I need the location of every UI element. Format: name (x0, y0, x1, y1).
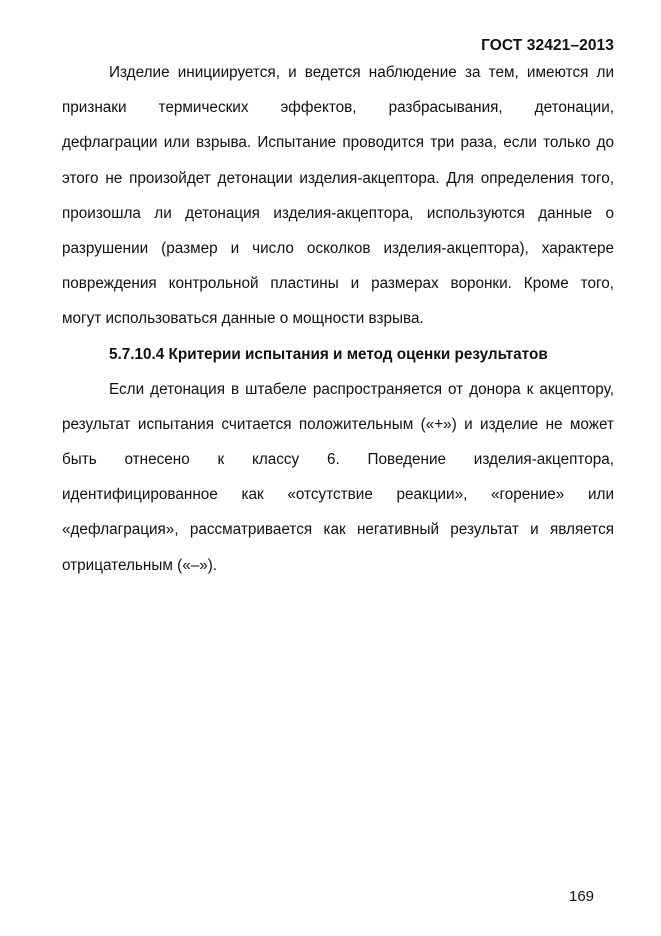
text-line: быть отнесено к классу 6. Поведение изде… (62, 447, 614, 482)
text-line: Если детонация в штабеле распространяетс… (62, 377, 614, 412)
document-body: Изделие инициируется, и ведется наблюден… (62, 60, 614, 588)
page-number: 169 (569, 888, 594, 905)
text-line: признаки термических эффектов, разбрасыв… (62, 95, 614, 130)
text-line: могут использоваться данные о мощности в… (62, 306, 614, 341)
text-line: идентифицированное как «отсутствие реакц… (62, 482, 614, 517)
text-line: дефлаграции или взрыва. Испытание провод… (62, 130, 614, 165)
paragraph-evaluation-criteria: Если детонация в штабеле распространяетс… (62, 377, 614, 588)
text-line: произошла ли детонация изделия-акцептора… (62, 201, 614, 236)
text-line: повреждения контрольной пластины и разме… (62, 271, 614, 306)
text-line: Изделие инициируется, и ведется наблюден… (62, 60, 614, 95)
paragraph-test-procedure: Изделие инициируется, и ведется наблюден… (62, 60, 614, 342)
text-line: результат испытания считается положитель… (62, 412, 614, 447)
text-line: разрушении (размер и число осколков изде… (62, 236, 614, 271)
text-line: этого не произойдет детонации изделия-ак… (62, 166, 614, 201)
document-standard-header: ГОСТ 32421–2013 (481, 37, 614, 55)
text-line: отрицательным («–»). (62, 553, 614, 588)
text-line: «дефлаграция», рассматривается как негат… (62, 517, 614, 552)
section-heading: 5.7.10.4 Критерии испытания и метод оцен… (62, 342, 614, 377)
